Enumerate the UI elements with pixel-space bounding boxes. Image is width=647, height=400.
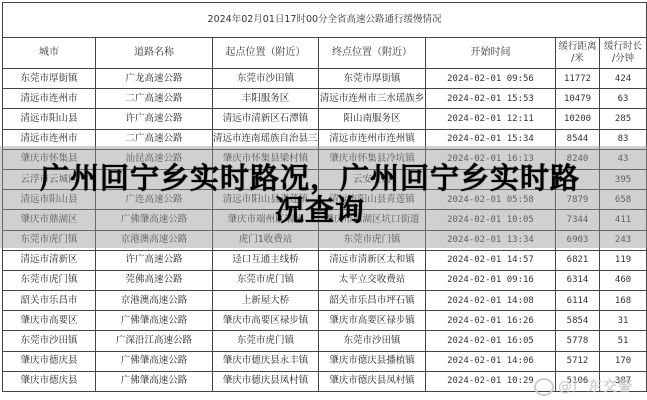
cell-city: 东莞市虎门镇 xyxy=(3,230,96,250)
header-duration-l2: /分钟 xyxy=(612,53,634,64)
cell-end: 清远市清新区太和镇 xyxy=(319,250,426,270)
cell-city: 东莞市虎门镇 xyxy=(3,270,96,290)
header-distance: 缓行距离/米 xyxy=(556,38,600,69)
weibo-icon xyxy=(534,378,554,396)
cell-time: 2024-02-01 16:26 xyxy=(426,311,556,331)
header-city: 城市 xyxy=(3,38,96,69)
cell-road: 广深沿江高速公路 xyxy=(96,331,213,351)
cell-distance: 6114 xyxy=(556,291,600,311)
cell-distance: 10200 xyxy=(556,109,600,129)
header-distance-l2: /米 xyxy=(571,53,584,64)
table-row: 清远市连州市二广高速公路清远市连南瑶族自治县三江清远市连州市连州镇2024-02… xyxy=(3,129,647,149)
cell-distance: 10479 xyxy=(556,89,600,109)
cell-end: 肇庆市德庆县凤村镇 xyxy=(319,371,426,391)
cell-start: 肇庆市德庆县永丰镇 xyxy=(213,351,319,371)
cell-distance: 5778 xyxy=(556,331,600,351)
cell-end: 清远市连州市连州镇 xyxy=(319,129,426,149)
table-title: 2024年02月01日17时00分全省高速公路通行缓慢情况 xyxy=(3,3,647,38)
cell-start: 东莞市沙田镇 xyxy=(213,69,319,89)
cell-city: 韶关市乐昌市 xyxy=(3,291,96,311)
spreadsheet-image: 2024年02月01日17时00分全省高速公路通行缓慢情况 城市 道路名称 起点… xyxy=(0,0,647,400)
table-row: 肇庆市德庆县广佛肇高速公路肇庆市德庆县永丰镇肇庆市德庆县播植镇2024-02-0… xyxy=(3,351,647,371)
table-row: 东莞市厚街镇广龙高速公路东莞市沙田镇东莞市厚街镇2024-02-01 09:56… xyxy=(3,69,647,89)
cell-road: 二广高速公路 xyxy=(96,89,213,109)
cell-start: 虎门1收费站 xyxy=(213,230,319,250)
cell-city: 清远市连州市 xyxy=(3,129,96,149)
cell-start: 清远市连南瑶族自治县三江 xyxy=(213,129,319,149)
cell-road: 广龙高速公路 xyxy=(96,69,213,89)
cell-time: 2024-02-01 13:34 xyxy=(426,230,556,250)
cell-road: 许广高速公路 xyxy=(96,109,213,129)
table-row: 清远市阳山县许广高速公路清远市清新区石潭镇阳山南服务区2024-02-01 12… xyxy=(3,109,647,129)
cell-distance: 6821 xyxy=(556,250,600,270)
cell-start: 肇庆市高要区禄步镇 xyxy=(213,311,319,331)
cell-road: 许广高速公路 xyxy=(96,250,213,270)
table-row: 东莞市沙田镇广深沿江高速公路东莞市虎门镇东莞市沙田镇2024-02-01 16:… xyxy=(3,331,647,351)
cell-duration: 424 xyxy=(600,69,647,89)
cell-road: 京港澳高速公路 xyxy=(96,230,213,250)
cell-start: 迳口互通主线桥 xyxy=(213,250,319,270)
cell-city: 清远市阳山县 xyxy=(3,109,96,129)
cell-duration: 119 xyxy=(600,250,647,270)
cell-city: 东莞市厚街镇 xyxy=(3,69,96,89)
watermark-text: @广东交警 xyxy=(558,379,633,395)
headline-line-2: 况查询 xyxy=(0,192,647,228)
table-row: 肇庆市高要区广佛肇高速公路肇庆市高要区禄步镇肇庆市高要区禄步镇2024-02-0… xyxy=(3,311,647,331)
cell-end: 太平立交收费站 xyxy=(319,270,426,290)
header-time: 开始时间 xyxy=(426,38,556,69)
cell-end: 阳山南服务区 xyxy=(319,109,426,129)
header-start: 起点位置（附近） xyxy=(213,38,319,69)
header-end: 终点位置（附近） xyxy=(319,38,426,69)
headline-line-1: 广州回宁乡实时路况，广州回宁乡实时路 xyxy=(0,160,647,196)
cell-city: 肇庆市德庆县 xyxy=(3,351,96,371)
header-duration-l1: 缓行时长 xyxy=(604,41,642,52)
cell-duration: 83 xyxy=(600,129,647,149)
cell-road: 广佛肇高速公路 xyxy=(96,371,213,391)
cell-start: 上新屋大桥 xyxy=(213,291,319,311)
cell-time: 2024-02-01 12:11 xyxy=(426,109,556,129)
table-body: 东莞市厚街镇广龙高速公路东莞市沙田镇东莞市厚街镇2024-02-01 09:56… xyxy=(3,69,647,392)
table-row: 东莞市虎门镇京港澳高速公路虎门1收费站东莞市虎门镇2024-02-01 13:3… xyxy=(3,230,647,250)
cell-road: 广佛肇高速公路 xyxy=(96,311,213,331)
headline-overlay: 广州回宁乡实时路况，广州回宁乡实时路 况查询 xyxy=(0,160,647,228)
cell-duration: 285 xyxy=(600,109,647,129)
watermark: @广东交警 xyxy=(534,376,633,396)
cell-end: 东莞市虎门镇 xyxy=(319,230,426,250)
cell-start: 东莞市虎门镇 xyxy=(213,331,319,351)
cell-end: 清远市连州市三水瑶族乡 xyxy=(319,89,426,109)
header-road: 道路名称 xyxy=(96,38,213,69)
cell-time: 2024-02-01 09:16 xyxy=(426,270,556,290)
cell-road: 京港澳高速公路 xyxy=(96,291,213,311)
cell-start: 丰阳服务区 xyxy=(213,89,319,109)
cell-distance: 6314 xyxy=(556,270,600,290)
cell-end: 东莞市沙田镇 xyxy=(319,331,426,351)
cell-duration: 460 xyxy=(600,270,647,290)
cell-road: 莞佛高速公路 xyxy=(96,270,213,290)
cell-distance: 11772 xyxy=(556,69,600,89)
cell-duration: 63 xyxy=(600,89,647,109)
header-row: 城市 道路名称 起点位置（附近） 终点位置（附近） 开始时间 缓行距离/米 缓行… xyxy=(3,38,647,69)
cell-time: 2024-02-01 14:06 xyxy=(426,351,556,371)
cell-end: 东莞市厚街镇 xyxy=(319,69,426,89)
cell-time: 2024-02-01 15:34 xyxy=(426,129,556,149)
header-duration: 缓行时长/分钟 xyxy=(600,38,647,69)
cell-time: 2024-02-01 15:53 xyxy=(426,89,556,109)
cell-end: 韶关市乐昌市坪石镇 xyxy=(319,291,426,311)
cell-distance: 6903 xyxy=(556,230,600,250)
table-row: 韶关市乐昌市京港澳高速公路上新屋大桥韶关市乐昌市坪石镇2024-02-01 14… xyxy=(3,291,647,311)
cell-start: 清远市清新区石潭镇 xyxy=(213,109,319,129)
cell-city: 肇庆市高要区 xyxy=(3,311,96,331)
cell-duration: 243 xyxy=(600,230,647,250)
cell-city: 东莞市沙田镇 xyxy=(3,331,96,351)
cell-city: 清远市清新区 xyxy=(3,250,96,270)
cell-city: 肇庆市德庆县 xyxy=(3,371,96,391)
cell-time: 2024-02-01 09:56 xyxy=(426,69,556,89)
cell-start: 肇庆市德庆县凤村镇 xyxy=(213,371,319,391)
cell-time: 2024-02-01 16:05 xyxy=(426,331,556,351)
table-row: 清远市连州市二广高速公路丰阳服务区清远市连州市三水瑶族乡2024-02-01 1… xyxy=(3,89,647,109)
cell-duration: 170 xyxy=(600,351,647,371)
table-row: 东莞市虎门镇莞佛高速公路东莞市虎门镇太平立交收费站2024-02-01 09:1… xyxy=(3,270,647,290)
cell-city: 清远市连州市 xyxy=(3,89,96,109)
cell-road: 广佛肇高速公路 xyxy=(96,351,213,371)
cell-distance: 8544 xyxy=(556,129,600,149)
cell-distance: 5854 xyxy=(556,311,600,331)
cell-road: 二广高速公路 xyxy=(96,129,213,149)
cell-duration: 168 xyxy=(600,291,647,311)
table-row: 清远市清新区许广高速公路迳口互通主线桥清远市清新区太和镇2024-02-01 1… xyxy=(3,250,647,270)
cell-distance: 5712 xyxy=(556,351,600,371)
cell-duration: 51 xyxy=(600,331,647,351)
cell-end: 肇庆市高要区禄步镇 xyxy=(319,311,426,331)
cell-end: 肇庆市德庆县播植镇 xyxy=(319,351,426,371)
cell-start: 东莞市虎门镇 xyxy=(213,270,319,290)
header-distance-l1: 缓行距离 xyxy=(558,41,596,52)
cell-time: 2024-02-01 14:08 xyxy=(426,291,556,311)
cell-time: 2024-02-01 14:57 xyxy=(426,250,556,270)
cell-duration: 31 xyxy=(600,311,647,331)
